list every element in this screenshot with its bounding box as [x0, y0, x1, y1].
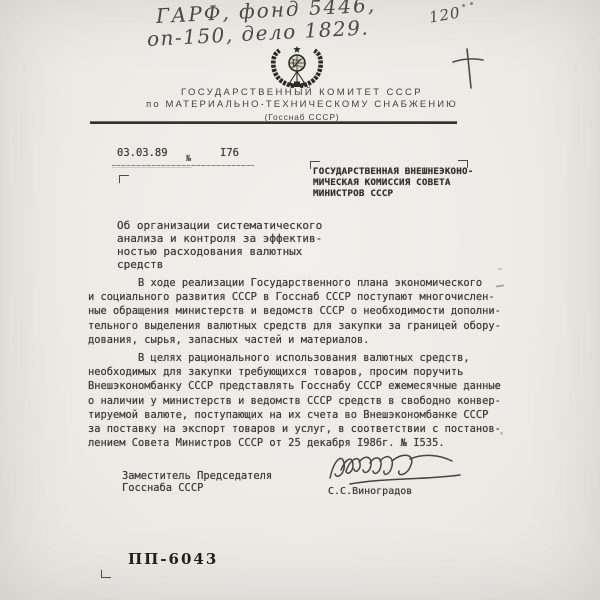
reference-underline [112, 165, 254, 166]
scan-speck [498, 268, 502, 270]
document-page: ГАРФ, фонд 5446, оп-150, дело 1829. 120 … [0, 0, 600, 600]
ink-dot [462, 4, 465, 7]
org-name-line1: ГОСУДАРСТВЕННЫЙ КОМИТЕТ СССР [82, 87, 522, 98]
doc-date: 03.03.89 [117, 147, 168, 159]
org-name-line2: по МАТЕРИАЛЬНО-ТЕХНИЧЕСКОМУ СНАБЖЕНИЮ [82, 99, 522, 110]
reference-underline-2 [112, 167, 192, 168]
body-paragraph-1: В ходе реализации Государственного плана… [88, 276, 520, 347]
doc-code: ПП-6043 [128, 550, 218, 568]
addressee-block: ГОСУДАРСТВЕННАЯ ВНЕШНЕЭКОНО- МИЧЕСКАЯ КО… [313, 167, 473, 200]
body-paragraph-2: В целях рационального использования валю… [88, 351, 520, 450]
signature-title: Заместитель Председателя Госснаба СССР [122, 471, 272, 495]
corner-mark [119, 175, 129, 183]
subject-block: Об организации систематического анализа … [117, 220, 322, 272]
corner-mark [101, 570, 111, 578]
cross-mark-icon [450, 47, 486, 91]
doc-number: I76 [220, 147, 239, 159]
signature-name: С.С.Виноградов [328, 486, 412, 497]
letterhead: ГОСУДАРСТВЕННЫЙ КОМИТЕТ СССР по МАТЕРИАЛ… [82, 87, 522, 122]
ink-dot [470, 2, 473, 5]
number-sign: № [186, 154, 191, 164]
page-number-annotation: 120 [428, 3, 462, 26]
letterhead-rule [90, 121, 457, 124]
scan-speck [500, 432, 503, 435]
ussr-emblem-icon [268, 46, 326, 88]
